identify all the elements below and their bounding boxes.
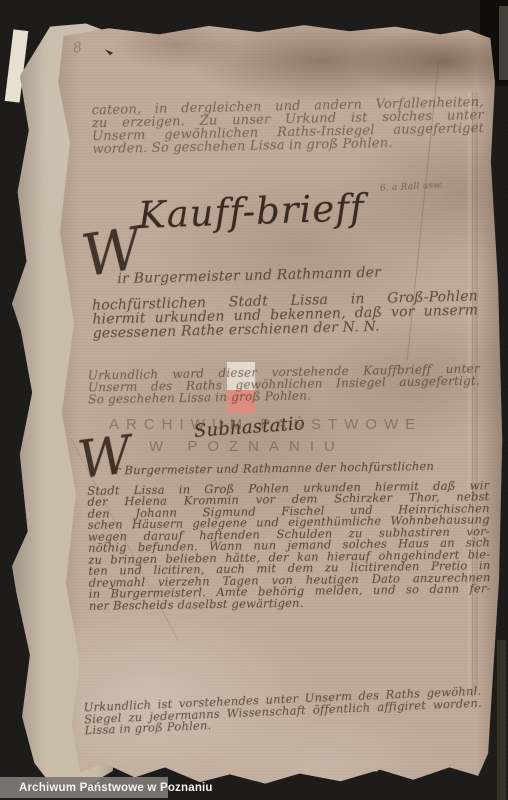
archive-credit-bar: Archiwum Państwowe w Poznaniu — [0, 777, 168, 798]
archive-watermark-line2: W POZNANIU — [149, 438, 345, 455]
archive-watermark-line1: ARCHIWUM PAŃSTWOWE — [109, 416, 422, 433]
paragraph-kauffbrieff-text: ir Burgermeister und Rathmann der hochfü… — [91, 257, 479, 346]
paragraph-attestation: Urkundlich ward dieser vorstehende Kauff… — [88, 357, 481, 412]
page-number: 8 — [72, 39, 83, 56]
archival-scan: 8 cateon, in dergleichen und andern Vorf… — [0, 0, 508, 800]
paragraph-closing-formula: cateon, in dergleichen und andern Vorfal… — [91, 90, 484, 163]
paragraph-subhastatio-text: ir Burgermeister und Rathmanne der hochf… — [87, 456, 491, 616]
cover-edge-sliver-top-right — [499, 6, 508, 80]
archive-credit-label: Archiwum Państwowe w Poznaniu — [0, 782, 213, 794]
heading-kauffbrieff: Kauff-brieff — [137, 186, 365, 237]
cover-edge-sliver-bottom-right — [497, 640, 506, 800]
